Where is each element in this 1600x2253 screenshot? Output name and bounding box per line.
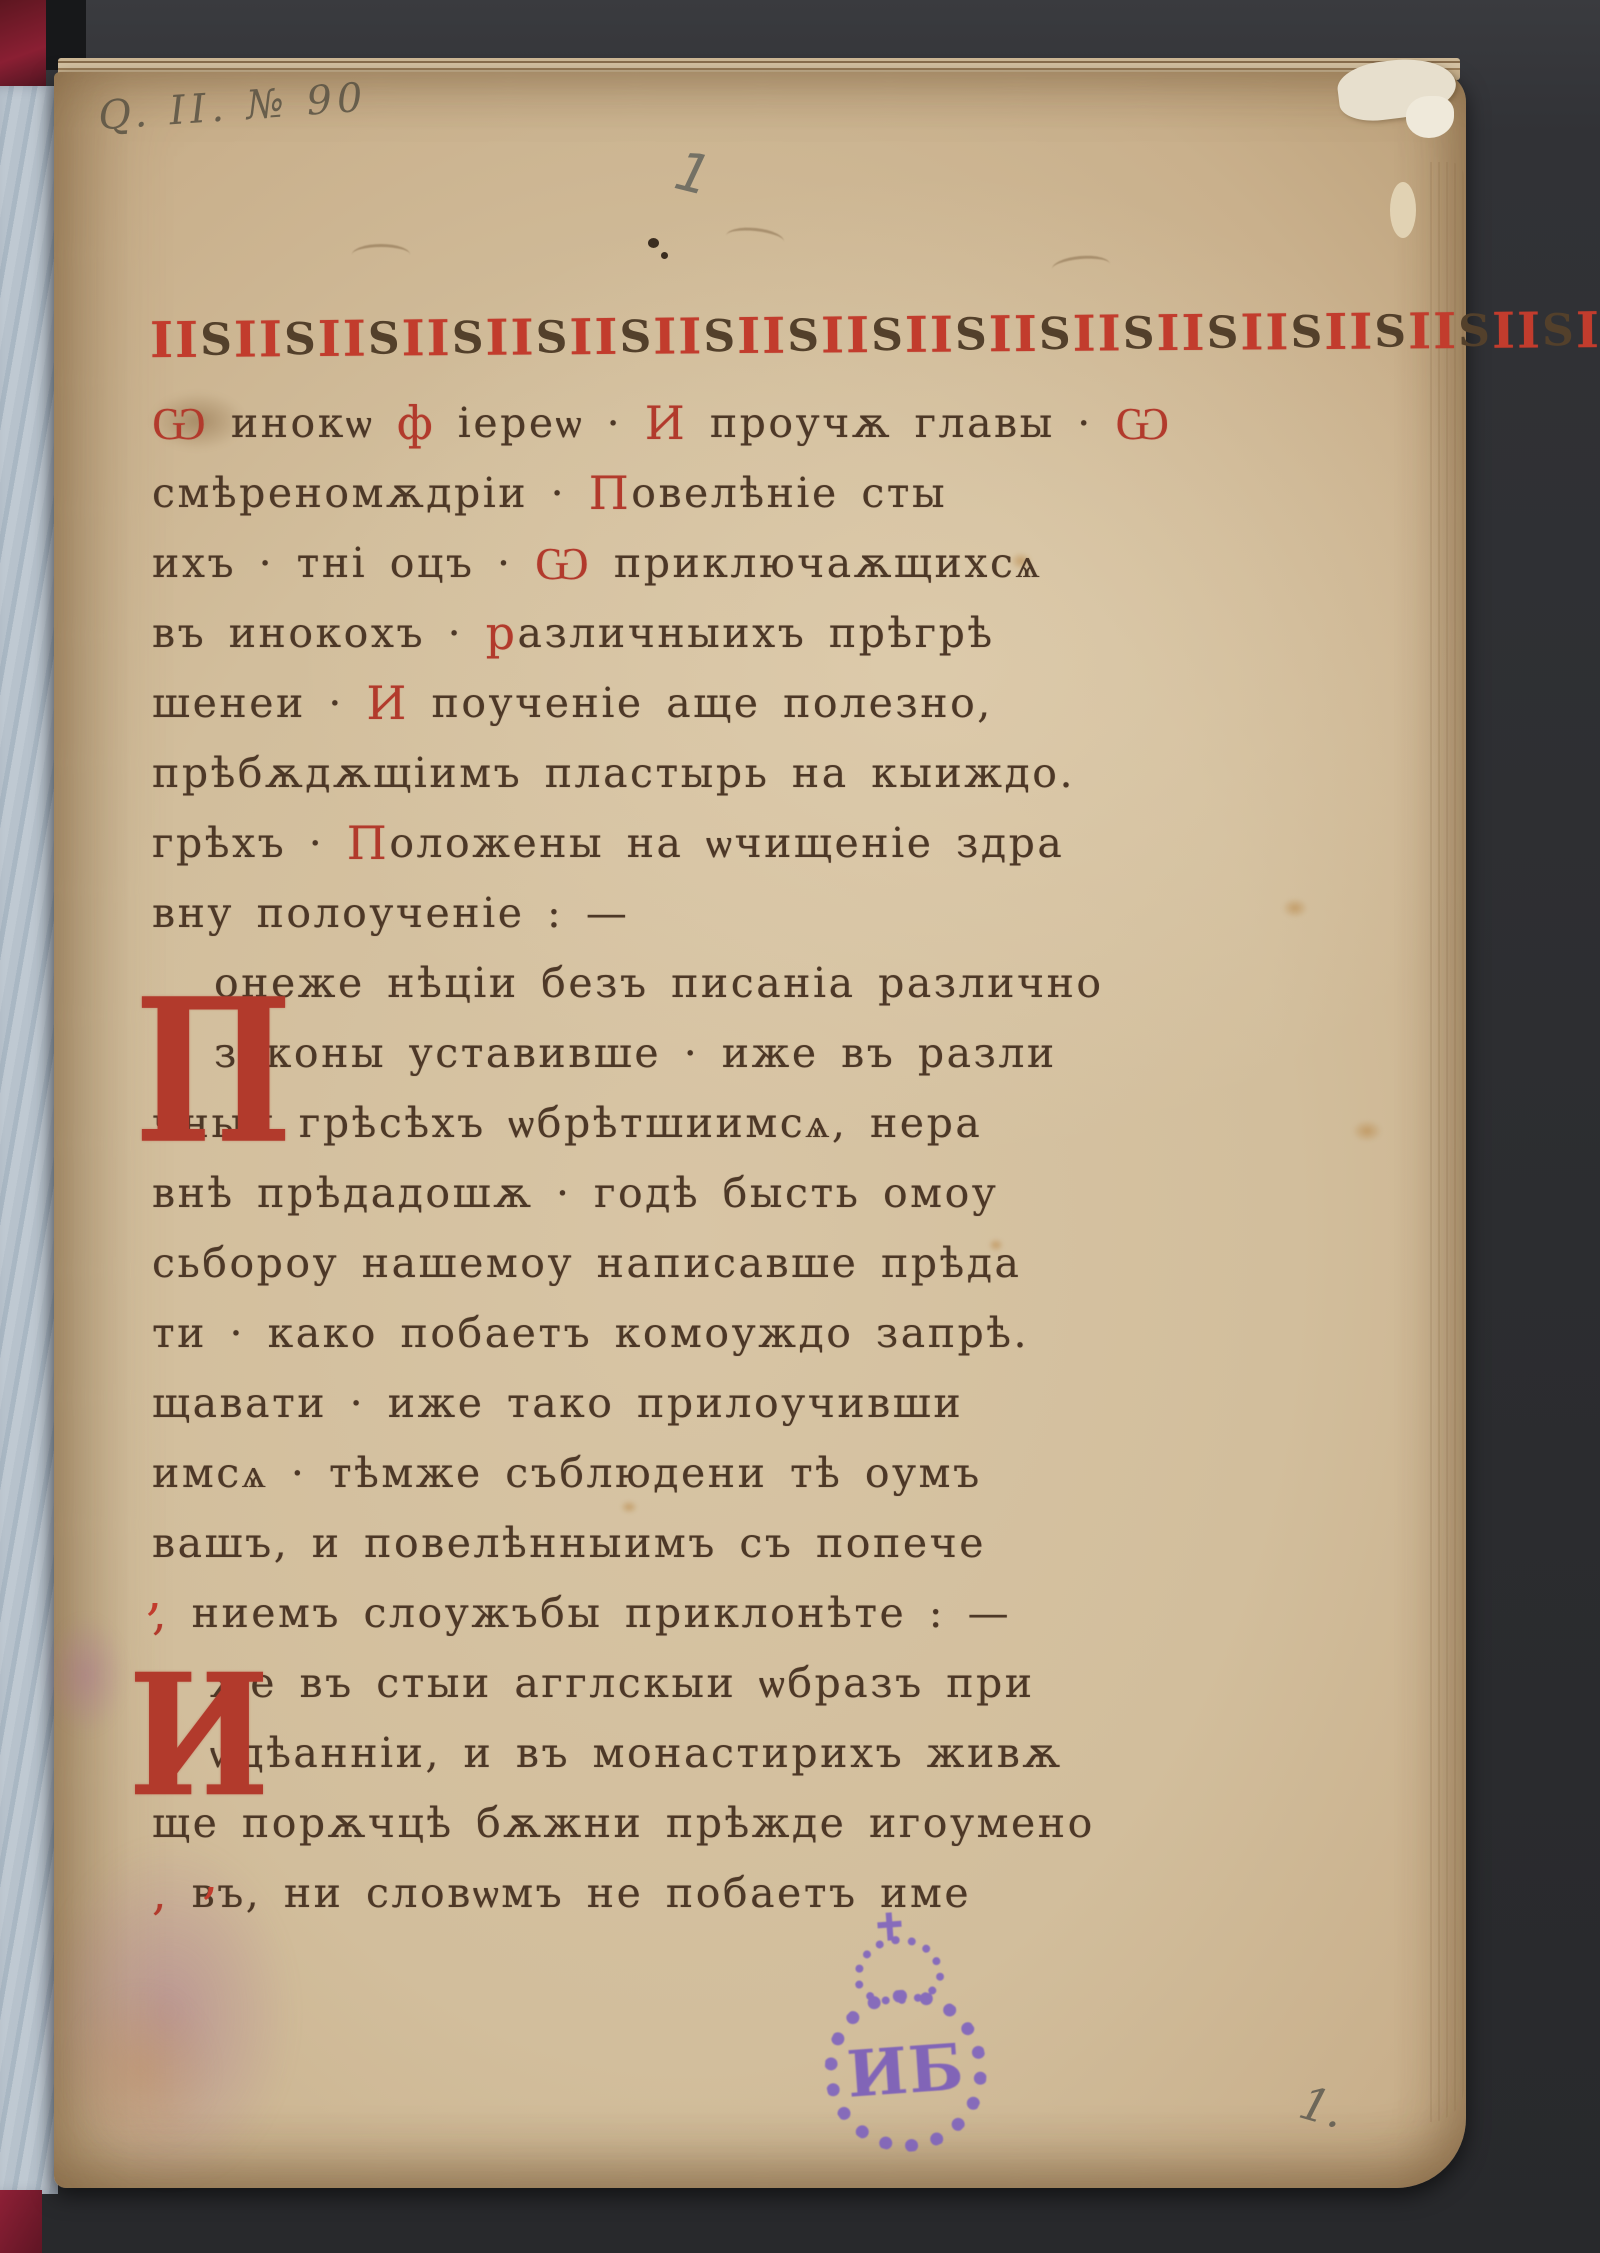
text-segment: оложены на ѡчищеніе здра xyxy=(389,819,1064,867)
manuscript-line: ще порѫчцѣ бѫжни прѣжде игоумено xyxy=(152,1788,1162,1858)
text-segment: ІІ xyxy=(821,306,871,364)
text-segment: ІІ xyxy=(485,308,535,366)
text-segment: поученіе аще полезно, xyxy=(409,679,993,727)
manuscript-line: , въ, ни словѡмъ не побаетъ име xyxy=(152,1858,1162,1928)
text-segment: Ѕ xyxy=(787,310,821,361)
text-segment: Ѕ xyxy=(452,312,486,363)
text-segment: ихъ · тні оцъ · xyxy=(152,539,535,587)
text-segment: ІІ xyxy=(234,310,284,368)
text-segment: законы уставивше · иже въ разли xyxy=(214,1029,1057,1077)
text-segment: ІІ xyxy=(150,311,200,369)
text-segment: же въ стыи агглскыи ѡбразъ при xyxy=(210,1659,1035,1707)
text-segment: Ѕ xyxy=(284,313,318,364)
foxing-spot xyxy=(1352,1120,1382,1142)
text-segment: Ѕ xyxy=(535,312,569,363)
manuscript-text-block: Ѡ инокѡ ф іереѡ · И проучѫ главы · Ѡсмѣр… xyxy=(152,388,1162,1928)
rubricated-initial-I: И xyxy=(128,1652,270,1820)
manuscript-line: , ниемъ слоужъбы приклонѣте : — xyxy=(152,1578,1162,1648)
manuscript-line: онеже нѣціи безъ писаніа различно xyxy=(214,948,1162,1018)
text-segment: ІІ xyxy=(989,305,1039,363)
manuscript-line: внѣ прѣдадошѫ · годѣ бысть омоу xyxy=(152,1158,1162,1228)
foxing-spot xyxy=(1282,898,1308,918)
text-segment: ІІ xyxy=(905,306,955,364)
text-segment: овелѣніе сты xyxy=(631,469,947,517)
margin-red-mark: , xyxy=(146,1562,163,1622)
text-segment: Ѕ xyxy=(1374,306,1408,357)
text-segment: ІІ xyxy=(569,308,619,366)
spine-cloth-bottom xyxy=(0,2190,42,2253)
manuscript-line: смѣреномѫдріи · Повелѣніе сты xyxy=(152,458,1162,528)
text-segment: ти · како побаетъ комоуждо запрѣ. xyxy=(152,1309,1029,1357)
text-segment: іереѡ · xyxy=(435,399,644,447)
manuscript-line: чныи грѣсѣхъ ѡбрѣтшиимсѧ, нера xyxy=(152,1088,1162,1158)
text-segment: , xyxy=(152,1866,169,1920)
text-segment: Ѡ xyxy=(1115,396,1171,450)
spine-cloth-top xyxy=(0,0,46,98)
text-segment: смѣреномѫдріи · xyxy=(152,469,589,517)
text-segment: азличныихъ прѣгрѣ xyxy=(518,609,995,657)
manuscript-line: прѣбѫдѫщіимъ пластырь на кыиждо. xyxy=(152,738,1162,808)
manuscript-photo: Q. II. № 90 1 ІІЅІІЅІІЅІІЅІІЅІІЅІІЅІІЅІІ… xyxy=(0,0,1600,2253)
text-segment: Ѕ xyxy=(1039,308,1073,359)
text-segment: грѣхъ · xyxy=(152,819,347,867)
manuscript-line: шенеи · И поученіе аще полезно, xyxy=(152,668,1162,738)
text-segment: въ инокохъ · xyxy=(152,609,486,657)
text-segment: ІІ xyxy=(1240,303,1290,361)
showthrough-mark xyxy=(352,244,410,265)
library-stamp: ИБ xyxy=(798,1906,1004,2159)
manuscript-line: ихъ · тні оцъ · Ѡ приключаѫщихсѧ xyxy=(152,528,1162,598)
text-segment: ІІ xyxy=(318,310,368,368)
margin-red-mark: , xyxy=(202,1846,219,1906)
manuscript-line: грѣхъ · Положены на ѡчищеніе здра xyxy=(152,808,1162,878)
manuscript-line: вну полоученіе : — xyxy=(152,878,1162,948)
rubricated-initial-P: П xyxy=(134,972,293,1170)
text-segment: Ѕ xyxy=(1290,306,1324,357)
flyleaf-edge xyxy=(0,86,58,2194)
manuscript-line: въ инокохъ · различныихъ прѣгрѣ xyxy=(152,598,1162,668)
manuscript-line: законы уставивше · иже въ разли xyxy=(214,1018,1162,1088)
edge-notch xyxy=(1390,182,1416,238)
text-segment: ІІ xyxy=(1492,301,1542,359)
text-segment: ще порѫчцѣ бѫжни прѣжде игоумено xyxy=(152,1799,1095,1847)
text-segment: въ, ни словѡмъ не побаетъ име xyxy=(169,1869,971,1917)
stamp-letters: ИБ xyxy=(845,2029,967,2112)
text-segment: Ѕ xyxy=(871,309,905,360)
text-segment: И xyxy=(645,396,688,450)
text-segment: Ѕ xyxy=(1206,307,1240,358)
text-segment: имсѧ · тѣмже съблюдени тѣ оумъ xyxy=(152,1449,982,1497)
text-segment: онеже нѣціи безъ писаніа различно xyxy=(214,959,1104,1007)
text-segment: вну полоученіе : — xyxy=(152,889,629,937)
text-segment: ІІ xyxy=(1072,304,1122,362)
fore-edge-shading xyxy=(1430,162,1464,2122)
manuscript-line: ѡдѣанніи, и въ монастирихъ живѫ xyxy=(210,1718,1162,1788)
text-segment: щавати · иже тако прилоучивши xyxy=(152,1379,963,1427)
text-segment: ниемъ слоужъбы приклонѣте : — xyxy=(169,1589,1011,1637)
text-segment: проучѫ главы · xyxy=(687,399,1115,447)
ink-blot xyxy=(661,252,668,259)
red-ornament-band: ІІЅІІЅІІЅІІЅІІЅІІЅІІЅІІЅІІЅІІЅІІЅІІЅІІЅІ… xyxy=(150,293,1600,377)
text-segment: р xyxy=(486,606,518,660)
text-segment: прѣбѫдѫщіимъ пластырь на кыиждо. xyxy=(152,749,1075,797)
text-segment: Ѕ xyxy=(1123,308,1157,359)
text-segment: приключаѫщихсѧ xyxy=(591,539,1042,587)
text-segment: И xyxy=(366,676,409,730)
text-segment: Ѕ xyxy=(703,311,737,362)
text-segment: ѡдѣанніи, и въ монастирихъ живѫ xyxy=(210,1729,1063,1777)
text-segment: ІІ xyxy=(1576,301,1600,359)
text-segment: вашъ, и повелѣнныимъ съ попече xyxy=(152,1519,986,1567)
text-segment: ІІ xyxy=(737,307,787,365)
text-segment: ІІ xyxy=(1324,303,1374,361)
ink-blot xyxy=(648,238,659,248)
text-segment: сьбороу нашемоу написавше прѣда xyxy=(152,1239,1021,1287)
manuscript-line: ти · како побаетъ комоуждо запрѣ. xyxy=(152,1298,1162,1368)
manuscript-line: вашъ, и повелѣнныимъ съ попече xyxy=(152,1508,1162,1578)
text-segment: ф xyxy=(397,396,435,450)
text-segment: ІІ xyxy=(401,309,451,367)
stamp-cross-icon xyxy=(877,1921,901,1929)
text-segment: Ѕ xyxy=(619,311,653,362)
text-segment: ІІ xyxy=(1156,304,1206,362)
stamp-wreath-icon: ИБ xyxy=(819,1984,992,2157)
text-segment: ІІ xyxy=(653,307,703,365)
manuscript-line: сьбороу нашемоу написавше прѣда xyxy=(152,1228,1162,1298)
text-segment: Ѕ xyxy=(200,314,234,365)
manuscript-line: Ѡ инокѡ ф іереѡ · И проучѫ главы · Ѡ xyxy=(152,388,1162,458)
text-segment: Ѕ xyxy=(368,313,402,364)
manuscript-line: имсѧ · тѣмже съблюдени тѣ оумъ xyxy=(152,1438,1162,1508)
text-segment: инокѡ xyxy=(208,399,397,447)
text-segment: Ѕ xyxy=(1458,305,1492,356)
text-segment: П xyxy=(589,466,632,520)
text-segment: П xyxy=(347,816,390,870)
text-segment: Ѕ xyxy=(1542,305,1576,356)
text-segment: Ѡ xyxy=(535,536,591,590)
manuscript-line: же въ стыи агглскыи ѡбразъ при xyxy=(210,1648,1162,1718)
text-segment: Ѕ xyxy=(955,309,989,360)
text-segment: Ѡ xyxy=(152,396,208,450)
text-segment: ІІ xyxy=(1408,302,1458,360)
manuscript-line: щавати · иже тако прилоучивши xyxy=(152,1368,1162,1438)
text-segment: шенеи · xyxy=(152,679,366,727)
